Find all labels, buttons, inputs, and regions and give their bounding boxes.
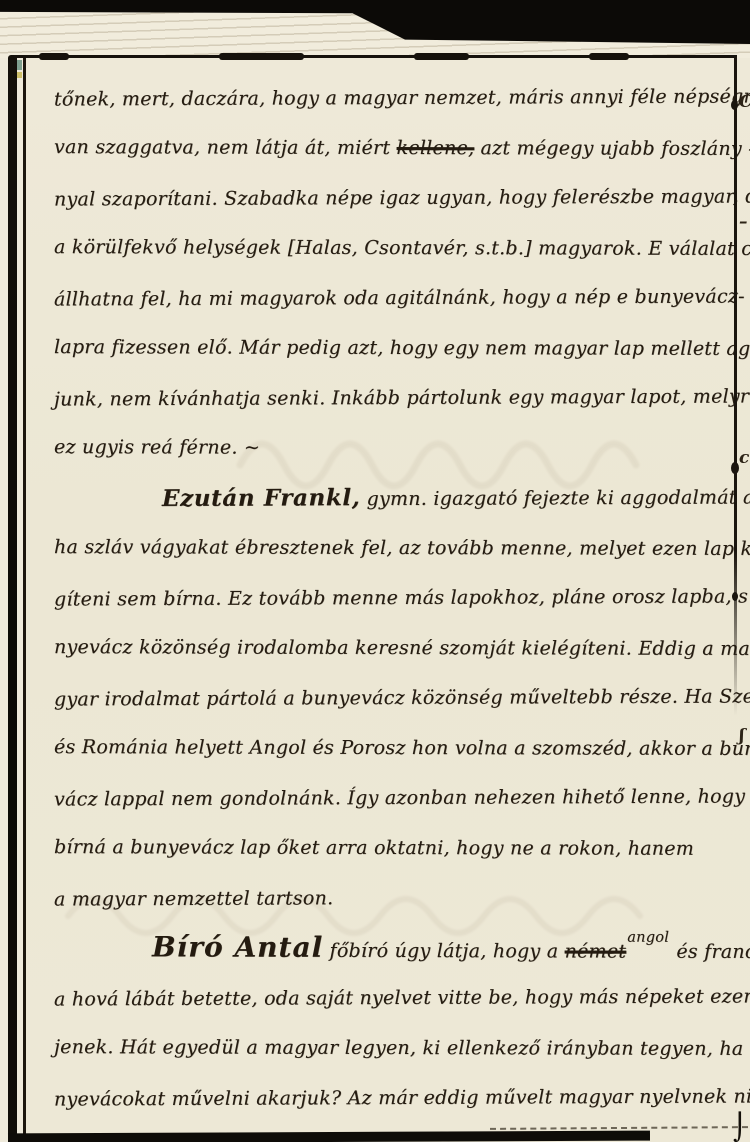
ink-blob	[39, 53, 69, 60]
ink-blob	[731, 462, 739, 474]
struck-out-word: német	[565, 940, 627, 962]
handwriting-segment: gymn. igazgató fejezte ki aggodalmát a' …	[360, 486, 750, 510]
handwriting-segment: Ezután Frankl,	[162, 484, 360, 512]
frame-border-top	[14, 55, 737, 58]
scan-color-speck	[17, 60, 22, 70]
manuscript-line: gyar irodalmat pártolá a bunyevácz közön…	[54, 672, 738, 725]
manuscript-line: nyevácokat művelni akarjuk? Az már eddig…	[54, 1072, 738, 1125]
handwriting-segment: gyar irodalmat pártolá a bunyevácz közön…	[54, 685, 750, 710]
frame-border-right	[734, 56, 737, 716]
manuscript-line: lapra fizessen elő. Már pedig azt, hogy …	[54, 322, 738, 374]
handwriting-segment: van szaggatva, nem látja át, miért	[54, 136, 397, 159]
manuscript-line: ez ugyis reá férne. ~	[54, 422, 738, 474]
manuscript-line: junk, nem kívánhatja senki. Inkább párto…	[54, 372, 738, 425]
manuscript-line: van szaggatva, nem látja át, miért kelle…	[54, 122, 738, 174]
manuscript-line: tőnek, mert, daczára, hogy a magyar nemz…	[54, 72, 738, 125]
handwriting-segment: bírná a bunyevácz lap őket arra oktatni,…	[54, 836, 694, 860]
frame-border-left-outer	[8, 55, 17, 1142]
handwriting-segment: jenek. Hát egyedül a magyar legyen, ki e…	[54, 1036, 750, 1060]
manuscript-line: gíteni sem bírna. Ez tovább menne más la…	[54, 572, 738, 625]
manuscript-line: bírná a bunyevácz lap őket arra oktatni,…	[54, 822, 738, 874]
photo-edge-band-bottom	[8, 1131, 650, 1142]
ink-blob	[414, 53, 469, 60]
manuscript-line: állhatna fel, ha mi magyarok oda agitáln…	[54, 272, 738, 325]
handwritten-text-body: tőnek, mert, daczára, hogy a magyar nemz…	[54, 73, 738, 1123]
interlinear-insertion: angol	[627, 913, 669, 963]
handwriting-segment: állhatna fel, ha mi magyarok oda agitáln…	[54, 285, 745, 310]
manuscript-line: jenek. Hát egyedül a magyar legyen, ki e…	[54, 1022, 738, 1074]
handwriting-segment: nyevácokat művelni akarjuk? Az már eddig…	[54, 1085, 750, 1110]
handwriting-segment: tőnek, mert, daczára, hogy a magyar nemz…	[54, 85, 750, 110]
facing-page-letter-fragment: –	[739, 212, 748, 232]
ink-blob	[589, 53, 629, 60]
struck-out-word: kellene,	[397, 137, 475, 159]
handwriting-segment: ez ugyis reá férne. ~	[54, 436, 260, 459]
handwriting-segment: a körülfekvő helységek [Halas, Csontavér…	[54, 236, 750, 260]
manuscript-line: vácz lappal nem gondolnánk. Így azonban …	[54, 772, 738, 825]
facing-page-letter-fragment: c	[739, 448, 749, 468]
manuscript-line: Ezután Frankl, gymn. igazgató fejezte ki…	[54, 472, 738, 525]
manuscript-line: és Románia helyett Angol és Porosz hon v…	[54, 722, 738, 774]
scan-color-speck	[17, 72, 22, 78]
facing-page-letter-fragment: C	[739, 92, 750, 112]
handwriting-segment: gíteni sem bírna. Ez tovább menne más la…	[54, 585, 750, 610]
handwriting-segment: ha szláv vágyakat ébresztenek fel, az to…	[54, 536, 750, 560]
handwriting-segment: a magyar nemzettel tartson.	[54, 887, 333, 910]
facing-page-letter-fragment: ʃ	[739, 726, 745, 746]
manuscript-scan: ⌡ tőnek, mert, daczára, hogy a magyar ne…	[0, 0, 750, 1142]
frame-border-left-inner	[23, 58, 26, 1142]
manuscript-line: a körülfekvő helységek [Halas, Csontavér…	[54, 222, 738, 274]
manuscript-line: nyal szaporítani. Szabadka népe igaz ugy…	[54, 172, 738, 225]
handwriting-segment: Bíró Antal	[152, 930, 323, 963]
handwriting-segment: nyevácz közönség irodalomba keresné szom…	[54, 636, 750, 660]
handwriting-segment: és Románia helyett Angol és Porosz hon v…	[54, 736, 750, 760]
ink-blob	[732, 592, 738, 601]
handwriting-segment: a hová lábát betette, oda saját nyelvet …	[54, 985, 750, 1010]
ink-blob	[731, 100, 738, 110]
manuscript-line: ha szláv vágyakat ébresztenek fel, az to…	[54, 522, 738, 574]
handwriting-segment: azt mégegy ujabb foszlány –.	[474, 137, 750, 160]
handwriting-segment: és francia nemzet	[670, 941, 750, 963]
manuscript-line: Bíró Antal főbíró úgy látja, hogy a néme…	[54, 922, 738, 974]
handwriting-segment: lapra fizessen elő. Már pedig azt, hogy …	[54, 336, 750, 360]
ink-hook-mark: ⌡	[733, 1113, 747, 1142]
ink-blob	[219, 53, 304, 60]
handwriting-segment: nyal szaporítani. Szabadka népe igaz ugy…	[54, 185, 750, 210]
manuscript-line: nyevácz közönség irodalomba keresné szom…	[54, 622, 738, 674]
manuscript-line: a hová lábát betette, oda saját nyelvet …	[54, 972, 738, 1025]
handwriting-segment: vácz lappal nem gondolnánk. Így azonban …	[54, 785, 745, 810]
handwriting-segment: junk, nem kívánhatja senki. Inkább párto…	[54, 385, 750, 410]
handwriting-segment: főbíró úgy látja, hogy a	[323, 940, 564, 963]
